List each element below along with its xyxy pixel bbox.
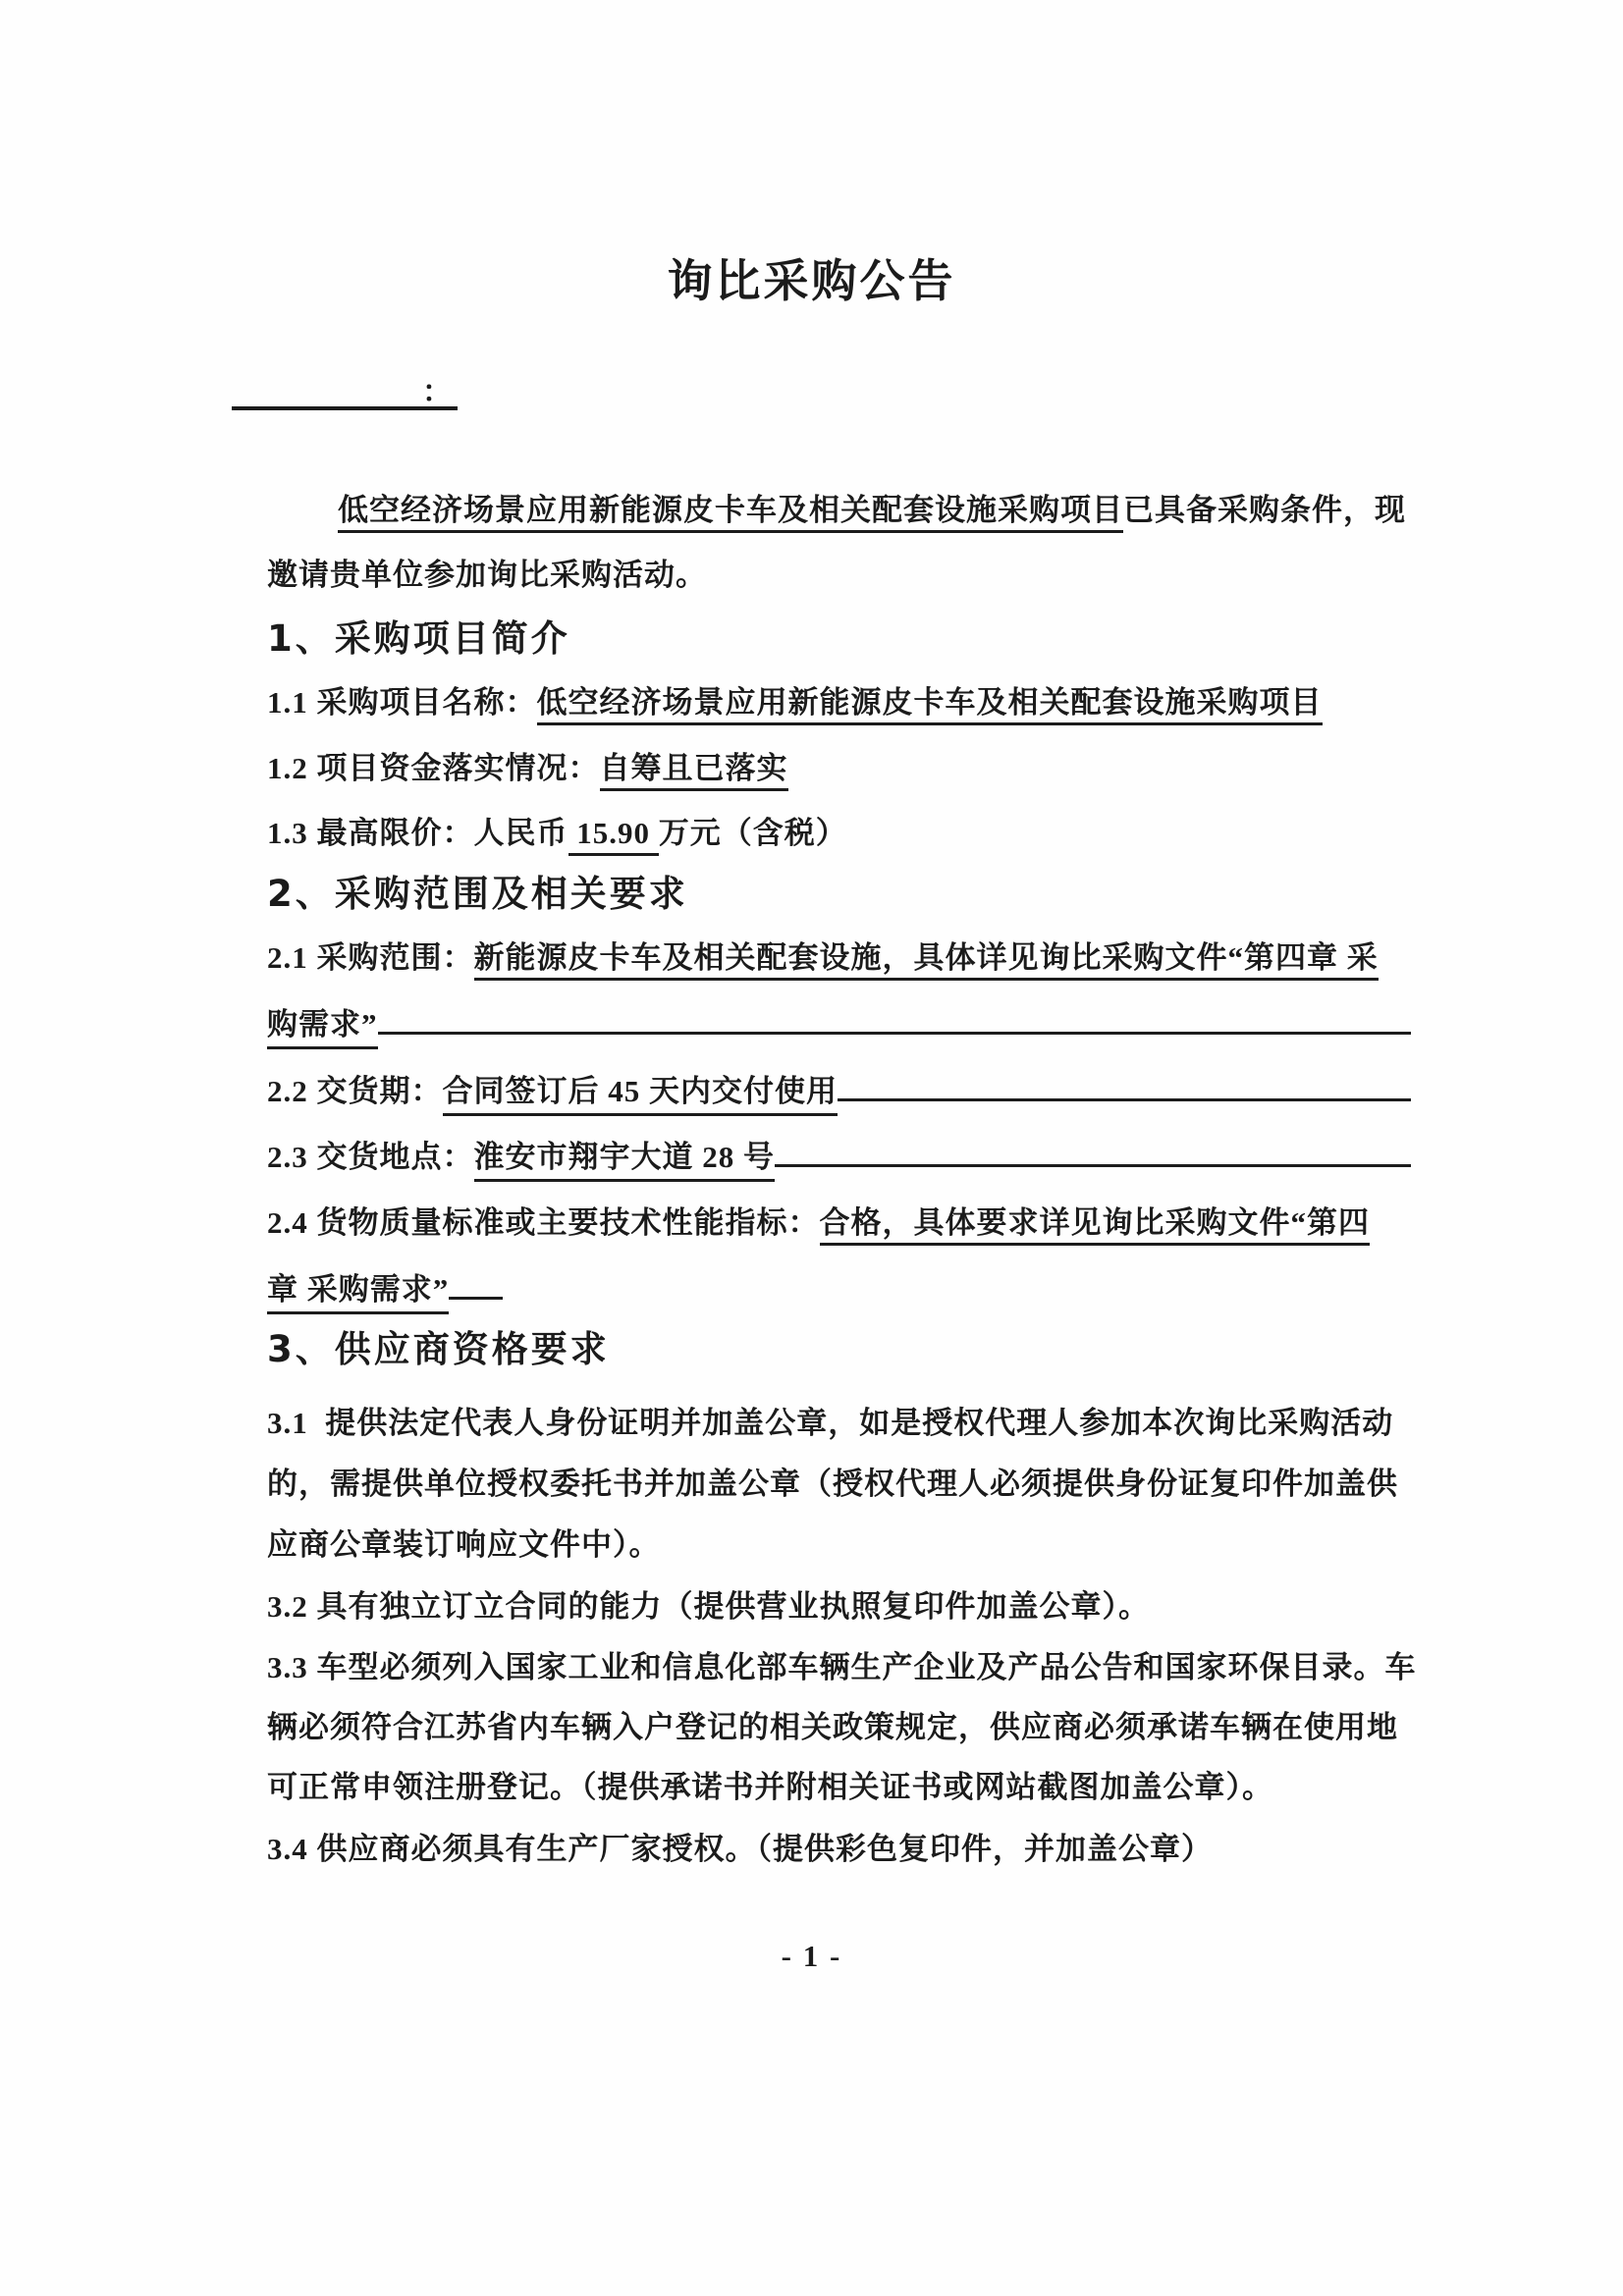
blank-underline bbox=[449, 1297, 503, 1300]
item-2-4-line-2: 章 采购需求” bbox=[267, 1264, 1411, 1314]
intro-project-name: 低空经济场景应用新能源皮卡车及相关配套设施采购项目 bbox=[338, 493, 1123, 533]
section-2-heading: 2、采购范围及相关要求 bbox=[267, 864, 1411, 917]
section-3-heading: 3、供应商资格要求 bbox=[267, 1319, 1411, 1372]
item-3-1-line-1: 3.1 提供法定代表人身份证明并加盖公章，如是授权代理人参加本次询比采购活动 bbox=[267, 1398, 1411, 1442]
item-2-1-line-2: 购需求” bbox=[267, 999, 1411, 1049]
item-3-1-line-2: 的，需提供单位授权委托书并加盖公章（授权代理人必须提供身份证复印件加盖供 bbox=[267, 1459, 1411, 1503]
item-2-1-value-line-2: 购需求” bbox=[267, 999, 378, 1049]
intro-line-1-rest: 已具备采购条件，现 bbox=[1123, 493, 1406, 527]
item-1-2-label: 1.2 项目资金落实情况： bbox=[267, 751, 600, 785]
item-1-1-label: 1.1 采购项目名称： bbox=[267, 685, 537, 720]
item-2-3-value: 淮安市翔宇大道 28 号 bbox=[474, 1132, 776, 1182]
item-1-1: 1.1 采购项目名称：低空经济场景应用新能源皮卡车及相关配套设施采购项目 bbox=[267, 677, 1411, 721]
item-2-4-label: 2.4 货物质量标准或主要技术性能指标： bbox=[267, 1205, 820, 1240]
item-2-3: 2.3 交货地点：淮安市翔宇大道 28 号 bbox=[267, 1132, 1411, 1182]
salutation-blank-line: ： bbox=[232, 365, 458, 410]
item-3-1-line-2-bold: （授权代理人必须提供身份证复印件加盖供 bbox=[801, 1467, 1398, 1501]
item-3-4: 3.4 供应商必须具有生产厂家授权。（提供彩色复印件，并加盖公章） bbox=[267, 1824, 1411, 1868]
page-number: - 1 - bbox=[0, 1939, 1623, 1974]
intro-line-2: 邀请贵单位参加询比采购活动。 bbox=[267, 550, 1411, 594]
item-3-3-line-3: 可正常申领注册登记。（提供承诺书并附相关证书或网站截图加盖公章）。 bbox=[267, 1762, 1411, 1806]
item-3-1-line-3: 应商公章装订响应文件中）。 bbox=[267, 1520, 1411, 1564]
item-1-3: 1.3 最高限价：人民币 15.90 万元（含税） bbox=[267, 808, 1411, 852]
item-1-3-suffix: 万元（含税） bbox=[659, 816, 847, 850]
item-3-3-line-2: 辆必须符合江苏省内车辆入户登记的相关政策规定，供应商必须承诺车辆在使用地 bbox=[267, 1702, 1411, 1746]
item-2-2: 2.2 交货期：合同签订后 45 天内交付使用 bbox=[267, 1066, 1411, 1116]
item-2-1-value-line-1: 新能源皮卡车及相关配套设施，具体详见询比采购文件“第四章 采 bbox=[474, 940, 1379, 981]
intro-line-1: 低空经济场景应用新能源皮卡车及相关配套设施采购项目已具备采购条件，现 bbox=[267, 485, 1482, 529]
item-1-2-value: 自筹且已落实 bbox=[600, 751, 788, 791]
item-2-2-label: 2.2 交货期： bbox=[267, 1066, 443, 1110]
page-title: 询比采购公告 bbox=[0, 245, 1623, 310]
item-2-3-label: 2.3 交货地点： bbox=[267, 1132, 474, 1176]
item-2-1-label: 2.1 采购范围： bbox=[267, 940, 474, 975]
blank-underline bbox=[838, 1098, 1411, 1101]
item-3-1-line-2-normal: 的，需提供单位授权委托书并加盖公章 bbox=[267, 1467, 801, 1501]
blank-underline bbox=[378, 1032, 1412, 1035]
item-2-4-value-line-2: 章 采购需求” bbox=[267, 1264, 449, 1314]
section-1-heading: 1、采购项目简介 bbox=[267, 609, 1411, 662]
item-1-3-value: 15.90 bbox=[568, 816, 659, 856]
salutation-colon: ： bbox=[422, 376, 452, 408]
document-page: 询比采购公告 ： 低空经济场景应用新能源皮卡车及相关配套设施采购项目已具备采购条… bbox=[0, 0, 1623, 2296]
item-2-4-value-line-1: 合格，具体要求详见询比采购文件“第四 bbox=[820, 1205, 1371, 1246]
item-3-2: 3.2 具有独立订立合同的能力（提供营业执照复印件加盖公章）。 bbox=[267, 1581, 1411, 1626]
item-2-4-line-1: 2.4 货物质量标准或主要技术性能指标：合格，具体要求详见询比采购文件“第四 bbox=[267, 1198, 1411, 1242]
item-1-3-prefix: 1.3 最高限价：人民币 bbox=[267, 816, 568, 850]
item-1-1-value: 低空经济场景应用新能源皮卡车及相关配套设施采购项目 bbox=[537, 685, 1323, 725]
item-3-3-line-1: 3.3 车型必须列入国家工业和信息化部车辆生产企业及产品公告和国家环保目录。车 bbox=[267, 1642, 1411, 1686]
item-2-2-value: 合同签订后 45 天内交付使用 bbox=[443, 1066, 839, 1116]
item-2-1-line-1: 2.1 采购范围：新能源皮卡车及相关配套设施，具体详见询比采购文件“第四章 采 bbox=[267, 933, 1411, 977]
item-1-2: 1.2 项目资金落实情况：自筹且已落实 bbox=[267, 743, 1411, 787]
blank-underline bbox=[775, 1164, 1411, 1167]
